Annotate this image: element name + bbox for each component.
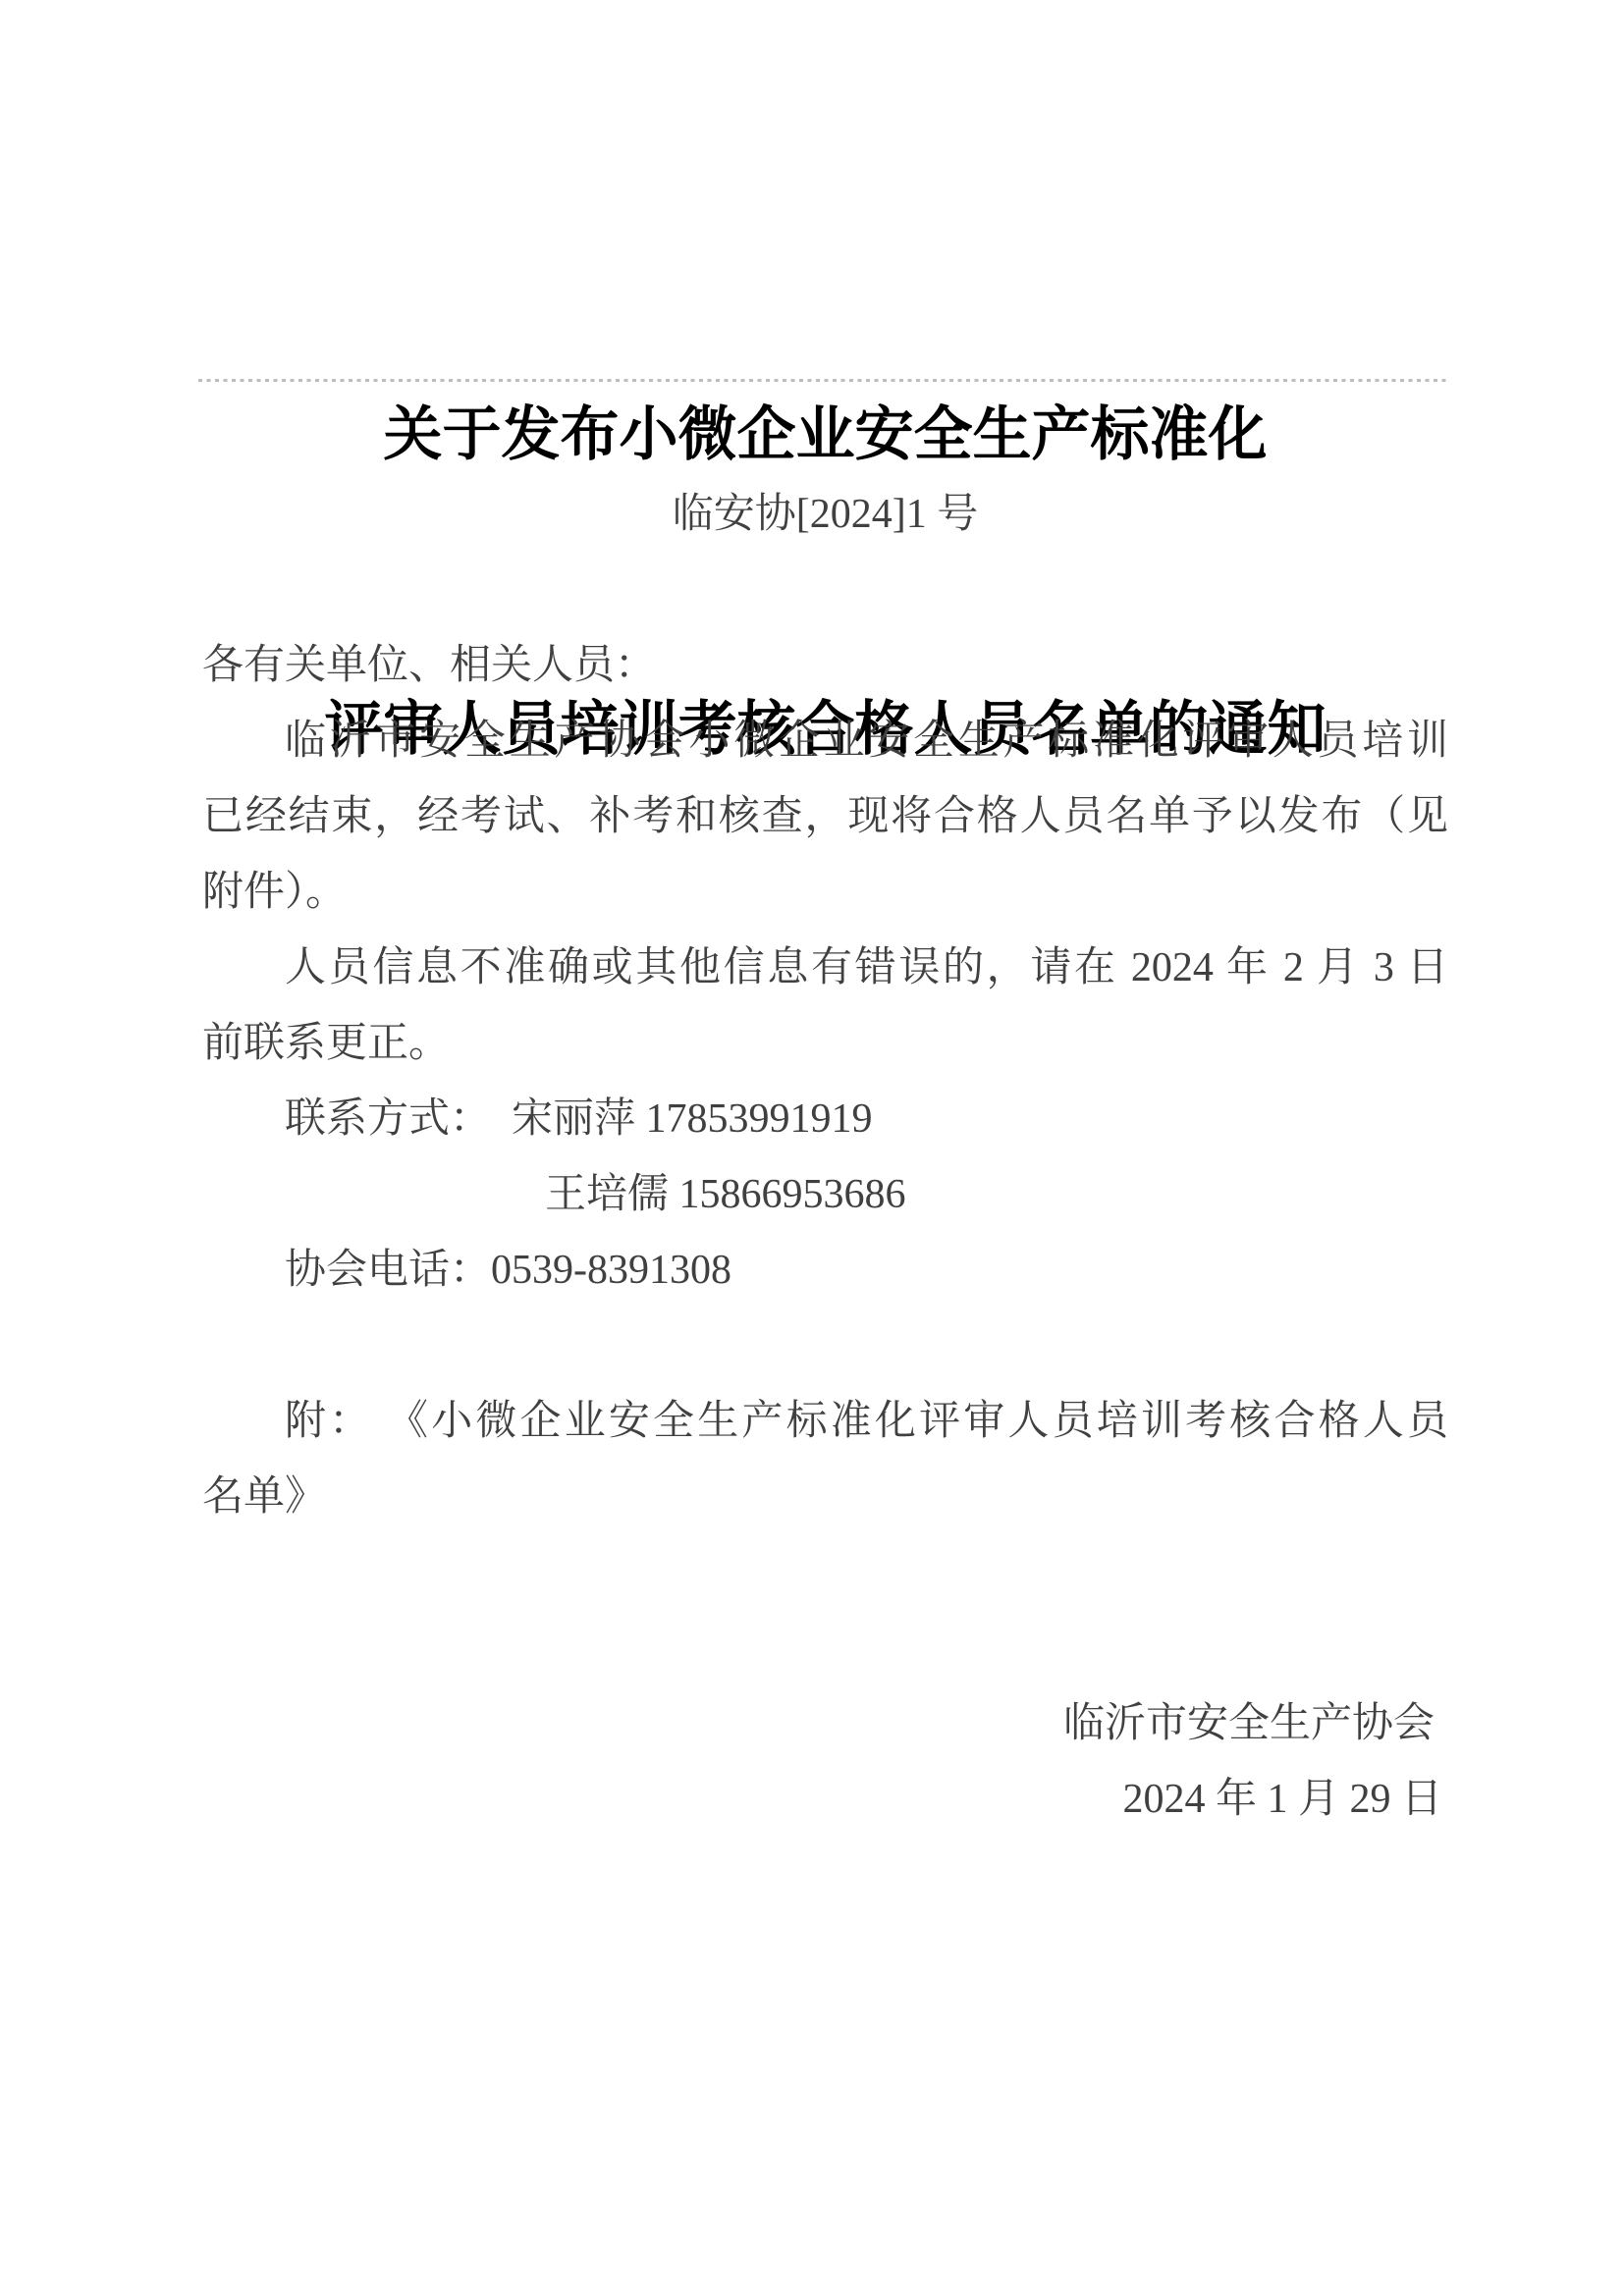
- contact-line-3: 协会电话：0539-8391308: [202, 1233, 1448, 1308]
- salutation: 各有关单位、相关人员：: [202, 628, 1448, 704]
- paragraph1-line1: 临沂市安全生产协会小微企业安全生产标准化评审人员培训: [202, 704, 1448, 779]
- contact-line-1: 联系方式： 宋丽萍 17853991919: [202, 1082, 1448, 1157]
- signature-date: 2024 年 1 月 29 日: [202, 1762, 1448, 1838]
- blank-line: [202, 1611, 1448, 1686]
- contact-line-2: 王培儒 15866953686: [202, 1157, 1448, 1233]
- attachment-line-2: 名单》: [202, 1460, 1448, 1535]
- signature-organization: 临沂市安全生产协会: [202, 1686, 1448, 1762]
- paragraph1-line3: 附件）。: [202, 855, 1448, 931]
- document-body: 各有关单位、相关人员： 临沂市安全生产协会小微企业安全生产标准化评审人员培训 已…: [202, 628, 1448, 1838]
- document-page: 关于发布小微企业安全生产标准化 评审人员培训考核合格人员名单的通知 临安协[20…: [0, 0, 1624, 2296]
- title-line-1: 关于发布小微企业安全生产标准化: [202, 386, 1448, 484]
- blank-line: [202, 1308, 1448, 1384]
- document-number: 临安协[2024]1 号: [202, 476, 1448, 553]
- title-divider: [198, 379, 1447, 382]
- paragraph1-line2: 已经结束，经考试、补考和核查，现将合格人员名单予以发布（见: [202, 779, 1448, 855]
- paragraph2-line2: 前联系更正。: [202, 1006, 1448, 1082]
- attachment-line-1: 附： 《小微企业安全生产标准化评审人员培训考核合格人员: [202, 1384, 1448, 1460]
- paragraph2-line1: 人员信息不准确或其他信息有错误的，请在 2024 年 2 月 3 日: [202, 931, 1448, 1006]
- blank-line: [202, 1535, 1448, 1611]
